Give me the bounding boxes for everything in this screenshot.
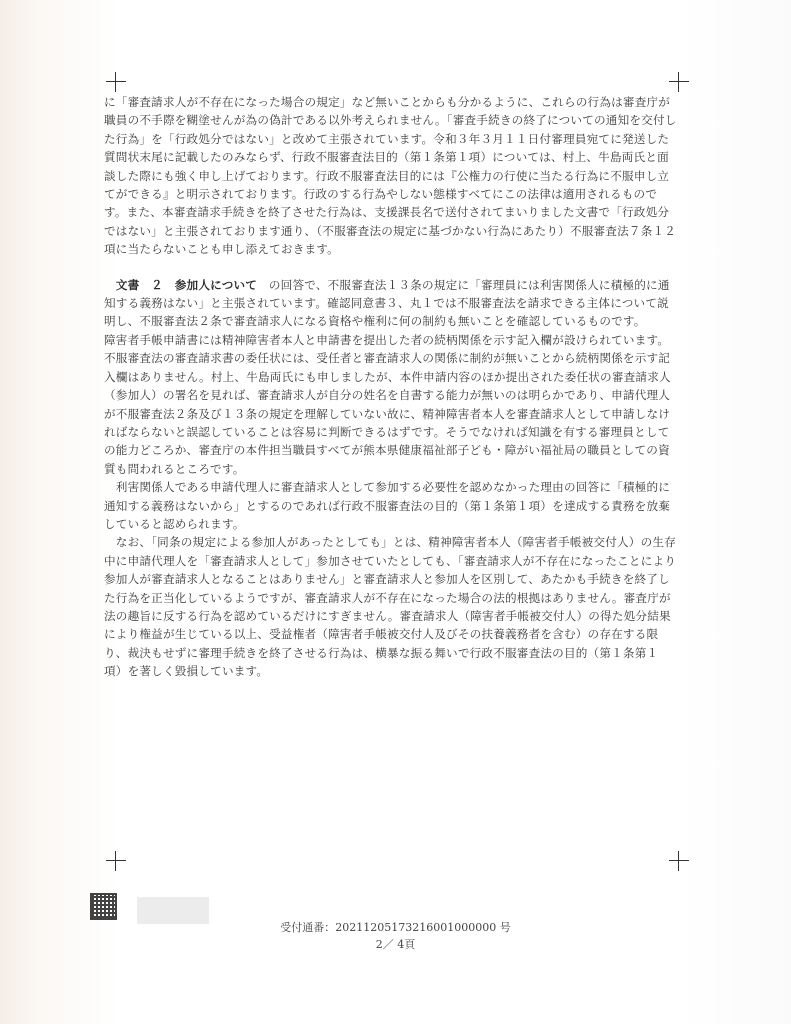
crop-mark-top-right-icon bbox=[669, 72, 689, 92]
text-line: なお、「同条の規定による参加人があったとしても」とは、精神障害者本人（障害者手帳… bbox=[104, 533, 684, 551]
text-line: 明し、不服審査法２条で審査請求人になる資格や権利に何の制約も無いことを確認してい… bbox=[104, 312, 684, 330]
paragraph-3: 利害関係人である申請代理人に審査請求人として参加する必要性を認めなかった理由の回… bbox=[104, 478, 684, 533]
text-line: た行為を正当化しているようですが、審査請求人が不存在になった場合の法的根拠はあり… bbox=[104, 589, 684, 607]
text-line: 参加人が審査請求人となることはありません」と審査請求人と参加人を区別して、あたか… bbox=[104, 570, 684, 588]
crop-mark-bottom-right-icon bbox=[669, 851, 689, 871]
text-line: 項に当たらないことも申し添えておきます。 bbox=[104, 240, 684, 258]
text-line: 障害者手帳申請書には精神障害者本人と申請書を提出した者の続柄関係を示す記入欄が設… bbox=[104, 331, 684, 349]
text-line-tail: の回答で、不服審査法１３条の規定に「審理員には利害関係人に積極的に通 bbox=[257, 278, 670, 292]
text-line: により権益が生じている以上、受益権者（障害者手帳被交付人及びその扶養義務者を含む… bbox=[104, 625, 684, 643]
text-line: ればならないと誤認していることは容易に判断できるはずです。そうでなければ知識を有… bbox=[104, 423, 684, 441]
text-line: た行為」を「行政処分ではない」と改めて主張されています。令和３年３月１１日付審理… bbox=[104, 130, 684, 148]
qr-code-icon bbox=[90, 893, 117, 920]
document-body: に「審査請求人が不存在になった場合の規定」など無いことからも分かるように、これら… bbox=[104, 93, 684, 681]
crop-mark-bottom-left-icon bbox=[106, 851, 126, 871]
text-line: していると認められます。 bbox=[104, 515, 684, 533]
page-number: 2／ 4頁 bbox=[0, 936, 791, 952]
text-line: 職員の不手際を糊塗せんが為の偽計である以外考えられません。「審査手続きの終了につ… bbox=[104, 111, 684, 129]
text-line: 質も問われるところです。 bbox=[104, 460, 684, 478]
paragraph-2: 文書 ２ 参加人について の回答で、不服審査法１３条の規定に「審理員には利害関係… bbox=[104, 276, 684, 478]
text-line: てができる』と明示されております。行政のする行為やしない態様すべてにこの法律は適… bbox=[104, 185, 684, 203]
text-line: 談した際にも強く申し上げております。行政不服審査法目的には『公権力の行使に当たる… bbox=[104, 167, 684, 185]
receipt-number: 受付通番：20211205173216001000000 号 bbox=[0, 919, 791, 935]
faint-watermark bbox=[330, 830, 420, 870]
text-line: （参加人）の署名を見れば、審査請求人が自分の姓名を自書する能力が無いのは明らかで… bbox=[104, 386, 684, 404]
text-line: す。また、本審査請求手続きを終了させた行為は、支援課長名で送付されてまいりました… bbox=[104, 203, 684, 221]
text-line: 知する義務はない」と主張されています。確認同意書３、丸１では不服審査法を請求でき… bbox=[104, 294, 684, 312]
text-line: 入欄はありません。村上、牛島両氏にも申しましたが、本件申請内容のほか提出された委… bbox=[104, 368, 684, 386]
paragraph-gap bbox=[104, 259, 684, 276]
paragraph-4: なお、「同条の規定による参加人があったとしても」とは、精神障害者本人（障害者手帳… bbox=[104, 533, 684, 680]
text-line: 質問状末尾に記載したのみならず、行政不服審査法目的（第１条第１項）については、村… bbox=[104, 148, 684, 166]
text-line: り、裁決もせずに審理手続きを終了させる行為は、横暴な振る舞いで行政不服審査法の目… bbox=[104, 644, 684, 662]
text-line: 中に申請代理人を「審査請求人として」参加させていたとしても、「審査請求人が不存在… bbox=[104, 552, 684, 570]
text-line: 不服審査法の審査請求書の委任状には、受任者と審査請求人の関係に制約が無いことから… bbox=[104, 349, 684, 367]
crop-mark-top-left-icon bbox=[106, 72, 126, 92]
section-heading: 文書 ２ 参加人について bbox=[116, 278, 257, 292]
text-line: が不服審査法２条及び１３条の規定を理解していない故に、精神障害者本人を審査請求人… bbox=[104, 405, 684, 423]
text-line: 項）を著しく毀損しています。 bbox=[104, 662, 684, 680]
text-line: に「審査請求人が不存在になった場合の規定」など無いことからも分かるように、これら… bbox=[104, 93, 684, 111]
text-line: 通知する義務はないから」とするのであれば行政不服審査法の目的（第１条第１項）を達… bbox=[104, 497, 684, 515]
text-line: ではない」と主張されております通り、（不服審査法の規定に基づかない行為にあたり）… bbox=[104, 222, 684, 240]
text-line: 法の趣旨に反する行為を認めているだけにすぎません。審査請求人（障害者手帳被交付人… bbox=[104, 607, 684, 625]
text-line: 文書 ２ 参加人について の回答で、不服審査法１３条の規定に「審理員には利害関係… bbox=[104, 276, 684, 294]
text-line: の能力どころか、審査庁の本件担当職員すべてが熊本県健康福祉部子ども・障がい福祉局… bbox=[104, 441, 684, 459]
text-line: 利害関係人である申請代理人に審査請求人として参加する必要性を認めなかった理由の回… bbox=[104, 478, 684, 496]
paragraph-1: に「審査請求人が不存在になった場合の規定」など無いことからも分かるように、これら… bbox=[104, 93, 684, 259]
document-page: に「審査請求人が不存在になった場合の規定」など無いことからも分かるように、これら… bbox=[0, 0, 791, 1024]
